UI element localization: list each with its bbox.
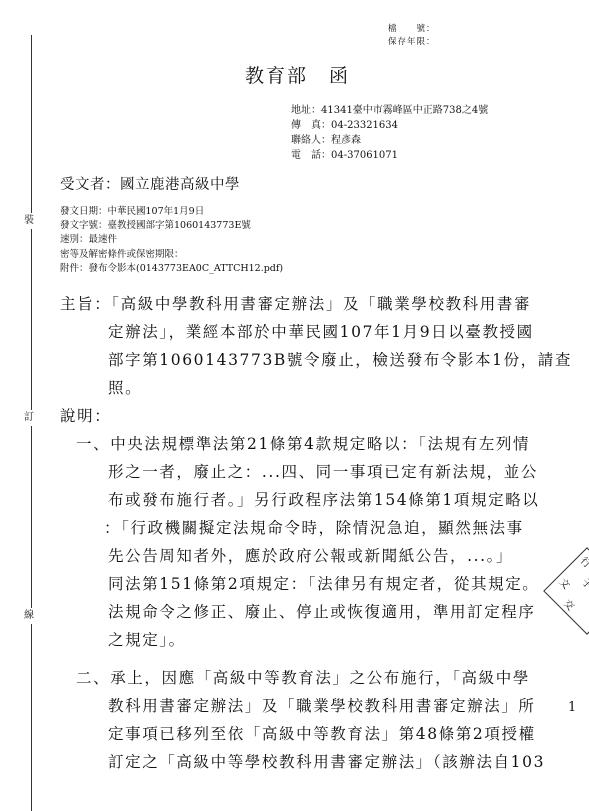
explanation-item-line: ：「行政機關擬定法規命令時，除情況急迫，顯然無法事 xyxy=(104,516,524,538)
info-attachment: 附件：發布令影本(0143773EA0C_ATTCH12.pdf) xyxy=(60,262,283,277)
explanation-item-line: 之規定」。 xyxy=(108,628,186,650)
stamp-char: 文 xyxy=(557,574,575,592)
explanation-item-line: 教科用書審定辦法」及「職業學校教科用書審定辦法」所 xyxy=(108,694,536,716)
subject-line: 定辦法」，業經本部於中華民國107年1月9日以臺教授國 xyxy=(108,320,534,342)
explanation-item-line: 同法第151條第2項規定：「法律另有規定者，從其規定。 xyxy=(108,572,539,594)
official-seal-stamp: 行 子 文 交 xyxy=(543,547,589,635)
retention-label: 保存年限： xyxy=(388,37,436,48)
page-number: 1 xyxy=(568,700,576,715)
info-date: 發文日期：中華民國107年1月9日 xyxy=(60,205,204,220)
stamp-char: 行 xyxy=(578,553,589,571)
explanation-item-line: 定事項已移列至依「高級中等教育法」第48條第2項授權 xyxy=(108,722,536,744)
stamp-char: 交 xyxy=(561,595,579,613)
explanation-item-line: 一、中央法規標準法第21條第4款規定略以：「法規有左列情 xyxy=(76,432,530,454)
explanation-item-line: 法規命令之修正、廢止、停止或恢復適用，準用訂定程序 xyxy=(108,600,536,622)
explanation-item-line: 訂定之「高級中等學校教科用書審定辦法」（該辦法自103 xyxy=(108,750,545,772)
explanation-item-line: 布或發布施行者。」另行政程序法第154條第1項規定略以 xyxy=(108,488,539,510)
subject-line: 照。 xyxy=(108,376,142,398)
subject-line: 部字第1060143773B號令廢止，檢送發布令影本1份，請查 xyxy=(108,348,572,370)
explanation-heading: 說明： xyxy=(60,404,111,426)
info-speed: 速別：最速件 xyxy=(60,233,117,248)
contact-phone: 電 話：04-37061071 xyxy=(291,147,398,164)
binding-label-ding: 訂 xyxy=(24,410,34,426)
binding-label-zhuang: 裝 xyxy=(24,213,34,229)
explanation-item-line: 形之一者，廢止之：...四、同一事項已定有新法規，並公 xyxy=(108,460,538,482)
subject-line: 主旨：「高級中學教科用書審定辦法」及「職業學校教科用書審 xyxy=(60,292,531,314)
binding-label-xian: 線 xyxy=(24,608,34,624)
info-classification: 密等及解密條件或保密期限： xyxy=(60,248,184,263)
explanation-item-line: 先公告周知者外，應於政府公報或新聞紙公告，...。」 xyxy=(108,544,513,566)
explanation-item-line: 二、承上，因應「高級中等教育法」之公布施行，「高級中學 xyxy=(76,666,530,688)
document-title: 教育部 函 xyxy=(245,61,350,88)
file-number-label: 檔 號： xyxy=(388,24,436,35)
recipient: 受文者：國立鹿港高級中學 xyxy=(60,173,240,194)
stamp-char: 子 xyxy=(579,574,589,592)
info-doc-number: 發文字號：臺教授國部字第1060143773E號 xyxy=(60,219,251,234)
